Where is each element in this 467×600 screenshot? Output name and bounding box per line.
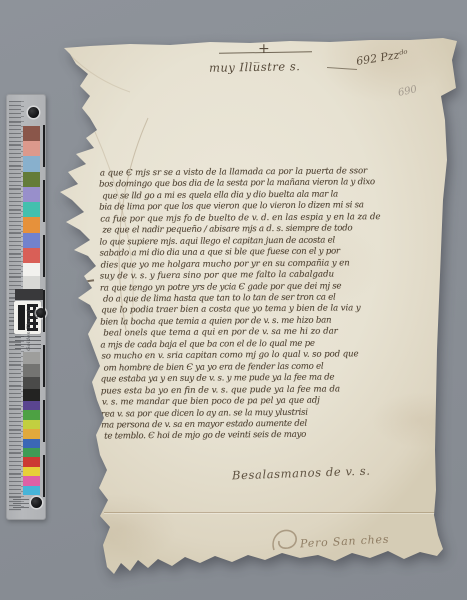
closing-formula: Besalasmanos de v. s. xyxy=(232,464,371,483)
margin-mark: ⁊ xyxy=(85,358,93,374)
archive-number-pencil: 690 xyxy=(397,84,418,99)
horizontal-fold-line xyxy=(104,512,436,513)
paper-sheet: + muy Illu̅stre s. 692 Pzzᵈᵒ 690 a que Є… xyxy=(0,0,467,600)
salutation-title: muy Illu̅stre s. xyxy=(209,59,301,75)
archive-number-ink: 692 Pzzᵈᵒ xyxy=(355,47,409,68)
margin-dash xyxy=(84,279,94,282)
manuscript-lines: a que Є mjs sr se a visto de la llamada … xyxy=(99,166,441,444)
photograph-canvas: Golden Thread + muy Illu̅stre s. 692 Pzz… xyxy=(0,0,467,600)
manuscript-page: + muy Illu̅stre s. 692 Pzzᵈᵒ 690 a que Є… xyxy=(0,0,467,600)
signature: Pero San ches xyxy=(300,533,390,551)
cross-mark: + xyxy=(258,41,270,57)
manuscript-line: te temblo. Є hoi de mjo go de veinti sei… xyxy=(101,429,441,443)
salutation-tail-stroke xyxy=(327,67,357,70)
signature-rubric xyxy=(268,526,304,556)
